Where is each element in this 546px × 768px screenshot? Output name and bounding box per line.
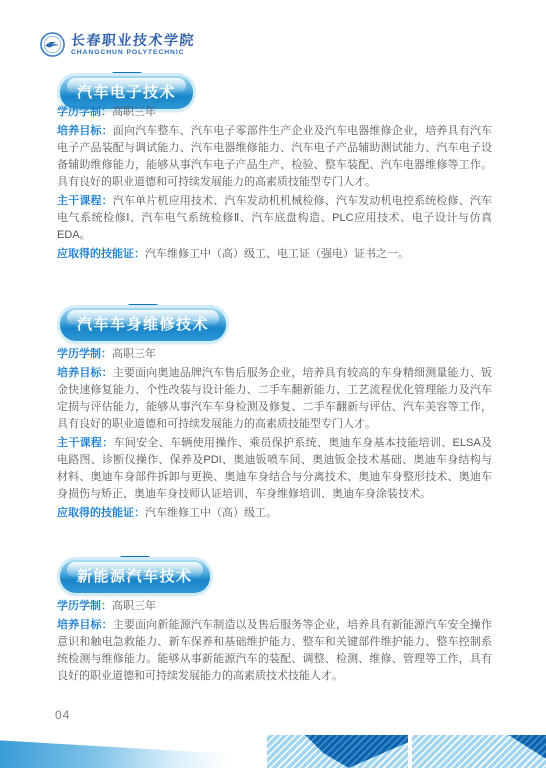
page-number: 04 (55, 708, 70, 722)
degree-label: 学历学制： (57, 348, 112, 360)
objective-row: 培养目标：面向汽车整车、汽车电子零部件生产企业及汽车电器维修企业，培养具有汽车电… (57, 123, 492, 191)
degree-value: 高职三年 (112, 600, 156, 612)
section-title: 汽车电子技术 (77, 84, 176, 101)
school-logo: 长春职业技术学院 CHANGCHUN POLYTECHNIC (40, 32, 195, 57)
certificates-row: 应取得的技能证：汽车维修工中（高）级工、电工证（强电）证书之一。 (57, 246, 492, 263)
degree-row: 学历学制：高职三年 (57, 598, 492, 615)
objective-row: 培养目标：主要面向新能源汽车制造以及售后服务等企业，培养具有新能源汽车安全操作意… (57, 617, 492, 685)
objective-text: 主要面向新能源汽车制造以及售后服务等企业，培养具有新能源汽车安全操作意识和触电急… (57, 619, 492, 682)
certificates-label: 应取得的技能证： (57, 507, 145, 519)
objective-label: 培养目标： (57, 367, 113, 379)
section-title-badge: 汽车车身维修技术 (60, 308, 226, 341)
degree-label: 学历学制： (57, 106, 112, 118)
objective-text: 主要面向奥迪品牌汽车售后服务企业，培养具有较高的车身精细测量能力、钣金快速修复能… (57, 367, 492, 430)
courses-label: 主干课程： (57, 437, 114, 449)
chevron-down-icon (412, 735, 546, 768)
courses-label: 主干课程： (57, 195, 113, 207)
section-body-repair: 汽车车身维修技术 (57, 308, 492, 341)
section-new-energy-body: 学历学制：高职三年 培养目标：主要面向新能源汽车制造以及售后服务等企业，培养具有… (57, 598, 492, 687)
school-name: 长春职业技术学院 CHANGCHUN POLYTECHNIC (71, 33, 195, 57)
section-title: 新能源汽车技术 (77, 568, 193, 585)
certificates-label: 应取得的技能证： (57, 248, 145, 260)
degree-row: 学历学制：高职三年 (57, 104, 492, 121)
footer-left-band (0, 738, 240, 768)
footer-chevron-tile (412, 735, 546, 768)
brochure-page: 长春职业技术学院 CHANGCHUN POLYTECHNIC 汽车电子技术 学历… (0, 0, 546, 768)
section-title-badge: 新能源汽车技术 (60, 560, 210, 593)
degree-value: 高职三年 (112, 106, 156, 118)
objective-label: 培养目标： (57, 619, 113, 631)
degree-label: 学历学制： (57, 600, 112, 612)
school-name-cn: 长春职业技术学院 (71, 33, 196, 47)
section-auto-electronics-body: 学历学制：高职三年 培养目标：面向汽车整车、汽车电子零部件生产企业及汽车电器维修… (57, 104, 492, 265)
objective-row: 培养目标：主要面向奥迪品牌汽车售后服务企业，培养具有较高的车身精细测量能力、钣金… (57, 365, 492, 433)
courses-text: 汽车单片机应用技术、汽车发动机机械检修、汽车发动机电控系统检修、汽车电气系统检修… (57, 195, 492, 241)
objective-label: 培养目标： (57, 125, 113, 137)
courses-row: 主干课程：汽车单片机应用技术、汽车发动机机械检修、汽车发动机电控系统检修、汽车电… (57, 193, 492, 244)
certificates-text: 汽车维修工中（高）级工、电工证（强电）证书之一。 (145, 248, 409, 260)
school-emblem-icon (40, 32, 65, 57)
certificates-row: 应取得的技能证：汽车维修工中（高）级工。 (57, 505, 492, 522)
certificates-text: 汽车维修工中（高）级工。 (145, 507, 277, 519)
courses-row: 主干课程：车间安全、车辆使用操作、乘员保护系统、奥迪车身基本技能培训、ELSA及… (57, 435, 492, 503)
section-new-energy: 新能源汽车技术 (57, 560, 492, 593)
footer-chevron-tile (267, 735, 408, 768)
section-body-repair-body: 学历学制：高职三年 培养目标：主要面向奥迪品牌汽车售后服务企业，培养具有较高的车… (57, 346, 492, 524)
objective-text: 面向汽车整车、汽车电子零部件生产企业及汽车电器维修企业，培养具有汽车电子产品装配… (57, 125, 492, 188)
section-title: 汽车车身维修技术 (77, 316, 209, 333)
chevron-down-icon (267, 735, 408, 768)
school-name-en: CHANGCHUN POLYTECHNIC (71, 50, 195, 57)
degree-row: 学历学制：高职三年 (57, 346, 492, 363)
courses-text: 车间安全、车辆使用操作、乘员保护系统、奥迪车身基本技能培训、ELSA及电路图、诊… (57, 437, 492, 500)
degree-value: 高职三年 (112, 348, 156, 360)
